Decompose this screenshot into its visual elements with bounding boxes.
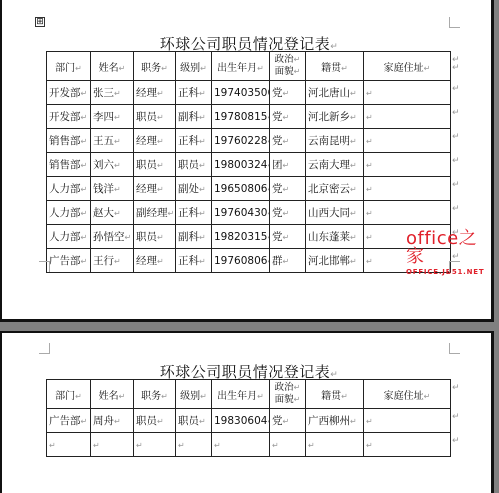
table-cell[interactable]: 刘六↵ (91, 153, 134, 177)
table-cell[interactable]: 19780815↵ (212, 105, 270, 129)
table-cell[interactable]: 张三↵ (91, 81, 134, 105)
table-row: 人力部↵钱洋↵经理↵副处↵19650806↵党↵北京密云↵↵ (47, 177, 451, 201)
table-cell[interactable]: 广告部↵ (47, 249, 91, 273)
paragraph-mark: ↵ (114, 161, 121, 170)
paragraph-mark: ↵ (350, 257, 357, 266)
paragraph-mark: ↵ (81, 113, 88, 122)
table-cell[interactable]: 云南昆明↵ (306, 129, 364, 153)
row-end-mark: ↵ (452, 252, 460, 262)
table-cell[interactable]: 李四↵ (91, 105, 134, 129)
paragraph-mark: ↵ (341, 392, 348, 401)
table-cell[interactable]: 人力部↵ (47, 177, 91, 201)
paragraph-mark: ↵ (199, 209, 206, 218)
paragraph-mark: ↵ (199, 137, 206, 146)
table-cell[interactable]: 云南大理↵ (306, 153, 364, 177)
table-cell[interactable]: 副处↵ (176, 177, 212, 201)
row-end-mark: ↵ (452, 436, 460, 446)
paragraph-mark: ↵ (341, 64, 348, 73)
paragraph-mark: ↵ (257, 64, 264, 73)
table-cell[interactable]: 河北邯郸↵ (306, 249, 364, 273)
table-cell[interactable]: ↵ (364, 201, 451, 225)
paragraph-mark: ↵ (283, 209, 290, 218)
column-header[interactable]: 职务↵ (134, 380, 176, 409)
table-cell[interactable]: 党↵ (270, 409, 306, 433)
table-cell[interactable]: ↵ (364, 105, 451, 129)
paragraph-mark: ↵ (350, 137, 357, 146)
document-page-1: ⊞ 环球公司职员情况登记表↵ 部门↵姓名↵职务↵级别↵出生年月↵政治↵面貌↵籍贯… (0, 0, 494, 322)
paragraph-mark: ↵ (81, 417, 88, 426)
paragraph-mark: ↵ (199, 417, 206, 426)
paragraph-mark: ↵ (161, 64, 168, 73)
column-header[interactable]: 级别↵ (176, 380, 212, 409)
table-cell[interactable]: 团↵ (270, 153, 306, 177)
table-cell[interactable]: ↵ (364, 129, 451, 153)
paragraph-mark: ↵ (157, 185, 164, 194)
table-cell[interactable]: 经理↵ (134, 177, 176, 201)
paragraph-mark: ↵ (161, 392, 168, 401)
row-end-mark: ↵ (452, 108, 460, 118)
table-cell[interactable]: ↵ (47, 433, 91, 457)
table-row: 开发部↵张三↵经理↵正科↵197403506↵党↵河北唐山↵↵ (47, 81, 451, 105)
row-end-mark: ↵ (452, 383, 460, 393)
paragraph-mark: ↵ (257, 392, 264, 401)
paragraph-mark: ↵ (350, 417, 357, 426)
paragraph-mark: ↵ (125, 233, 132, 242)
paragraph-mark: ↵ (283, 89, 290, 98)
table-cell[interactable]: 职员↵ (134, 225, 176, 249)
table-cell[interactable]: 正科↵ (176, 81, 212, 105)
paragraph-mark: ↵ (114, 89, 121, 98)
table-cell[interactable]: 197403506↵ (212, 81, 270, 105)
table-cell[interactable]: 党↵ (270, 105, 306, 129)
staff-register-table-page1: 部门↵姓名↵职务↵级别↵出生年月↵政治↵面貌↵籍贯↵家庭住址↵开发部↵张三↵经理… (46, 51, 451, 273)
paragraph-mark: ↵ (272, 441, 279, 450)
paragraph-mark: ↵ (283, 113, 290, 122)
table-row: 广告部↵王行↵经理↵正科↵19760806↵群↵河北邯郸↵↵ (47, 249, 451, 273)
table-header-row: 部门↵姓名↵职务↵级别↵出生年月↵政治↵面貌↵籍贯↵家庭住址↵ (47, 380, 451, 409)
column-header[interactable]: 籍贯↵ (306, 380, 364, 409)
table-cell[interactable]: 群↵ (270, 249, 306, 273)
margin-corner-top-right (449, 343, 460, 354)
column-header[interactable]: 政治↵面貌↵ (270, 52, 306, 81)
paragraph-mark: ↵ (350, 113, 357, 122)
table-cell[interactable]: 山东蓬莱↵ (306, 225, 364, 249)
paragraph-mark: ↵ (283, 417, 290, 426)
paragraph-mark: ↵ (81, 233, 88, 242)
paragraph-mark: ↵ (119, 392, 126, 401)
paragraph-mark: ↵ (199, 113, 206, 122)
table-row: 开发部↵李四↵职员↵副科↵19780815↵党↵河北新乡↵↵ (47, 105, 451, 129)
paragraph-mark: ↵ (75, 64, 82, 73)
table-cell[interactable]: 经理↵ (134, 81, 176, 105)
table-cell[interactable]: ↵ (364, 409, 451, 433)
paragraph-mark: ↵ (157, 161, 164, 170)
table-cell[interactable]: ↵ (364, 153, 451, 177)
paragraph-mark: ↵ (114, 113, 121, 122)
table-cell[interactable]: 党↵ (270, 225, 306, 249)
table-row: ↵↵↵↵↵↵↵↵ (47, 433, 451, 457)
paragraph-mark: ↵ (294, 395, 301, 404)
column-header[interactable]: 籍贯↵ (306, 52, 364, 81)
table-cell[interactable]: ↵ (176, 433, 212, 457)
paragraph-mark: ↵ (366, 89, 373, 98)
table-cell[interactable]: 19760228↵ (212, 129, 270, 153)
table-cell[interactable]: 河北唐山↵ (306, 81, 364, 105)
paragraph-mark: ↵ (366, 137, 373, 146)
paragraph-mark: ↵ (366, 185, 373, 194)
row-end-mark: ↵ (452, 55, 460, 65)
paragraph-mark: ↵ (424, 392, 431, 401)
paragraph-mark: ↵ (424, 64, 431, 73)
table-cell[interactable]: 职员↵ (176, 153, 212, 177)
table-cell[interactable]: 孙悟空↵ (91, 225, 134, 249)
paragraph-mark: ↵ (114, 417, 121, 426)
paragraph-mark: ↵ (75, 392, 82, 401)
paragraph-mark: ↵ (308, 441, 315, 450)
paragraph-mark: ↵ (350, 185, 357, 194)
paragraph-mark: ↵ (93, 441, 100, 450)
paragraph-mark: ↵ (114, 257, 121, 266)
table-cell[interactable]: 副科↵ (176, 105, 212, 129)
column-header[interactable]: 家庭住址↵ (364, 380, 451, 409)
paragraph-mark: ↵ (81, 137, 88, 146)
paragraph-mark: ↵ (178, 441, 185, 450)
paragraph-mark: ↵ (283, 257, 290, 266)
table-cell[interactable]: 副经理↵ (134, 201, 176, 225)
paragraph-mark: ↵ (294, 55, 301, 64)
table-cell[interactable]: ↵ (364, 81, 451, 105)
table-cell[interactable]: 19800324↵ (212, 153, 270, 177)
row-end-mark: ↵ (452, 132, 460, 142)
table-cell[interactable]: 销售部↵ (47, 153, 91, 177)
paragraph-mark: ↵ (214, 441, 221, 450)
table-cell[interactable]: 职员↵ (176, 409, 212, 433)
table-cell[interactable]: 职员↵ (134, 105, 176, 129)
paragraph-mark: ↵ (199, 185, 206, 194)
paragraph-mark: ↵ (199, 257, 206, 266)
column-header[interactable]: 出生年月↵ (212, 52, 270, 81)
paragraph-mark: ↵ (81, 185, 88, 194)
row-end-mark: ↵ (452, 156, 460, 166)
paragraph-mark: ↵ (350, 89, 357, 98)
document-page-2: 环球公司职员情况登记表↵ 部门↵姓名↵职务↵级别↵出生年月↵政治↵面貌↵籍贯↵家… (0, 331, 494, 493)
table-cell[interactable]: ↵ (306, 433, 364, 457)
table-cell[interactable]: 19830604↵ (212, 409, 270, 433)
paragraph-mark: ↵ (350, 209, 357, 218)
paragraph-mark: ↵ (294, 383, 301, 392)
paragraph-mark: ↵ (114, 209, 121, 218)
row-end-mark: ↵ (452, 412, 460, 422)
table-row: 广告部↵周舟↵职员↵职员↵19830604↵党↵广西柳州↵↵ (47, 409, 451, 433)
table-cell[interactable]: 钱洋↵ (91, 177, 134, 201)
table-cell[interactable]: 人力部↵ (47, 201, 91, 225)
paragraph-mark: ↵ (366, 257, 373, 266)
paragraph-mark: ↵ (199, 161, 206, 170)
table-cell[interactable]: ↵ (134, 433, 176, 457)
paragraph-mark: ↵ (200, 64, 207, 73)
table-row: 销售部↵王五↵经理↵正科↵19760228↵党↵云南昆明↵↵ (47, 129, 451, 153)
paragraph-mark: ↵ (366, 113, 373, 122)
table-cell[interactable]: 职员↵ (134, 409, 176, 433)
paragraph-mark: ↵ (168, 209, 175, 218)
table-cell[interactable]: 王行↵ (91, 249, 134, 273)
staff-register-table-page2: 部门↵姓名↵职务↵级别↵出生年月↵政治↵面貌↵籍贯↵家庭住址↵广告部↵周舟↵职员… (46, 379, 451, 457)
margin-corner-top-right (449, 17, 460, 28)
paragraph-mark: ↵ (283, 137, 290, 146)
paragraph-mark: ↵ (199, 89, 206, 98)
paragraph-mark: ↵ (350, 233, 357, 242)
column-header[interactable]: 级别↵ (176, 52, 212, 81)
table-cell[interactable]: 北京密云↵ (306, 177, 364, 201)
column-header[interactable]: 政治↵面貌↵ (270, 380, 306, 409)
table-row: 销售部↵刘六↵职员↵职员↵19800324↵团↵云南大理↵↵ (47, 153, 451, 177)
table-cell[interactable]: 19820315↵ (212, 225, 270, 249)
margin-corner-bottom-right (449, 261, 460, 272)
table-cell[interactable]: 人力部↵ (47, 225, 91, 249)
column-header[interactable]: 姓名↵ (91, 380, 134, 409)
paragraph-mark: ↵ (366, 161, 373, 170)
paragraph-mark: ↵ (136, 441, 143, 450)
column-header[interactable]: 家庭住址↵ (364, 52, 451, 81)
paragraph-mark: ↵ (81, 209, 88, 218)
table-cell[interactable]: 开发部↵ (47, 105, 91, 129)
table-cell[interactable]: 党↵ (270, 177, 306, 201)
column-header[interactable]: 部门↵ (47, 380, 91, 409)
table-cell[interactable]: 河北新乡↵ (306, 105, 364, 129)
paragraph-mark: ↵ (366, 209, 373, 218)
table-move-handle-icon[interactable]: ⊞ (35, 17, 45, 27)
row-end-mark: ↵ (452, 204, 460, 214)
table-cell[interactable]: 党↵ (270, 81, 306, 105)
paragraph-mark: ↵ (114, 137, 121, 146)
table-cell[interactable]: 副科↵ (176, 225, 212, 249)
margin-corner-bottom-left (39, 261, 50, 272)
paragraph-mark: ↵ (157, 257, 164, 266)
paragraph-mark: ↵ (157, 89, 164, 98)
paragraph-mark: ↵ (283, 161, 290, 170)
paragraph-mark: ↵ (81, 161, 88, 170)
table-row: 人力部↵孙悟空↵职员↵副科↵19820315↵党↵山东蓬莱↵↵ (47, 225, 451, 249)
table-cell[interactable]: 党↵ (270, 129, 306, 153)
paragraph-mark: ↵ (157, 137, 164, 146)
paragraph-mark: ↵ (81, 257, 88, 266)
table-cell[interactable]: 周舟↵ (91, 409, 134, 433)
paragraph-mark: ↵ (366, 417, 373, 426)
paragraph-mark: ↵ (200, 392, 207, 401)
paragraph-mark: ↵ (350, 161, 357, 170)
paragraph-mark: ↵ (114, 185, 121, 194)
table-cell[interactable]: 山西大同↵ (306, 201, 364, 225)
paragraph-mark: ↵ (199, 233, 206, 242)
table-cell[interactable]: 王五↵ (91, 129, 134, 153)
table-cell[interactable]: 开发部↵ (47, 81, 91, 105)
table-cell[interactable]: 正科↵ (176, 129, 212, 153)
table-cell[interactable]: 19760430↵ (212, 201, 270, 225)
paragraph-mark: ↵ (119, 64, 126, 73)
table-cell[interactable]: 正科↵ (176, 201, 212, 225)
column-header[interactable]: 出生年月↵ (212, 380, 270, 409)
row-end-mark: ↵ (452, 84, 460, 94)
table-cell[interactable]: 销售部↵ (47, 129, 91, 153)
paragraph-mark: ↵ (49, 441, 56, 450)
table-cell[interactable]: 经理↵ (134, 249, 176, 273)
table-row: 人力部↵赵大↵副经理↵正科↵19760430↵党↵山西大同↵↵ (47, 201, 451, 225)
column-header[interactable]: 姓名↵ (91, 52, 134, 81)
table-cell[interactable]: ↵ (270, 433, 306, 457)
column-header[interactable]: 职务↵ (134, 52, 176, 81)
table-cell[interactable]: 赵大↵ (91, 201, 134, 225)
table-cell[interactable]: ↵ (212, 433, 270, 457)
paragraph-mark: ↵ (157, 233, 164, 242)
paragraph-mark: ↵ (283, 185, 290, 194)
paragraph-mark: ↵ (366, 441, 373, 450)
table-header-row: 部门↵姓名↵职务↵级别↵出生年月↵政治↵面貌↵籍贯↵家庭住址↵ (47, 52, 451, 81)
paragraph-mark: ↵ (283, 233, 290, 242)
paragraph-mark: ↵ (157, 113, 164, 122)
table-cell[interactable]: ↵ (91, 433, 134, 457)
column-header[interactable]: 部门↵ (47, 52, 91, 81)
paragraph-mark: ↵ (294, 67, 301, 76)
table-cell[interactable]: 广告部↵ (47, 409, 91, 433)
table-cell[interactable]: 党↵ (270, 201, 306, 225)
table-cell[interactable]: ↵ (364, 433, 451, 457)
table-cell[interactable]: ↵ (364, 177, 451, 201)
table-cell[interactable]: 19760806↵ (212, 249, 270, 273)
table-cell[interactable]: 19650806↵ (212, 177, 270, 201)
margin-corner-top-left (39, 343, 50, 354)
paragraph-mark: ↵ (157, 417, 164, 426)
table-cell[interactable]: 经理↵ (134, 129, 176, 153)
table-cell[interactable]: 职员↵ (134, 153, 176, 177)
table-cell[interactable]: 广西柳州↵ (306, 409, 364, 433)
row-end-mark: ↵ (452, 228, 460, 238)
table-cell[interactable]: 正科↵ (176, 249, 212, 273)
paragraph-mark: ↵ (81, 89, 88, 98)
paragraph-mark: ↵ (366, 233, 373, 242)
row-end-mark: ↵ (452, 180, 460, 190)
